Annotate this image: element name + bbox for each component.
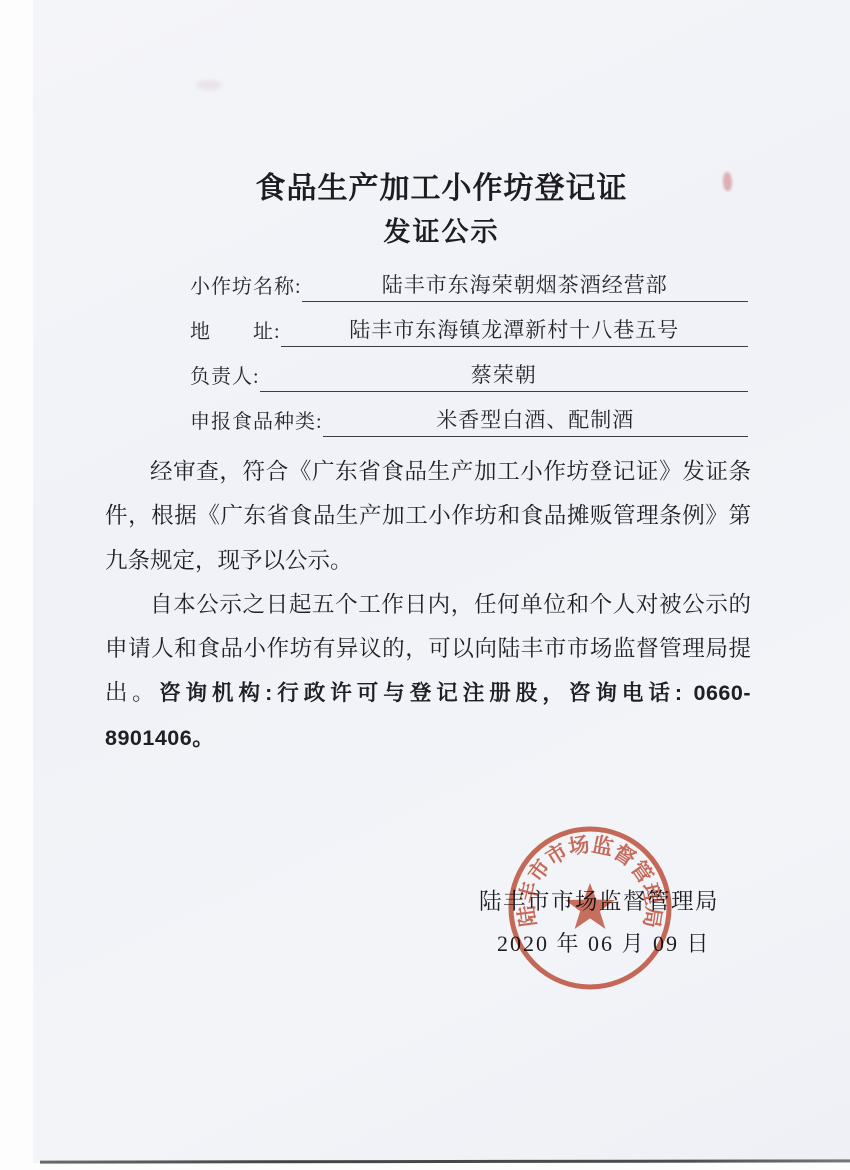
field-label-address: 地 址: <box>190 315 281 347</box>
document-subtitle: 发证公示 <box>33 210 850 249</box>
paragraph-objection: 自本公示之日起五个工作日内，任何单位和个人对被公示的申请人和食品小作坊有异议的，… <box>105 583 751 760</box>
field-row-address: 地 址: 陆丰市东海镇龙潭新村十八巷五号 <box>190 302 748 347</box>
field-value-food-category: 米香型白酒、配制酒 <box>323 404 748 437</box>
field-value-address: 陆丰市东海镇龙潭新村十八巷五号 <box>281 314 748 347</box>
field-label-food-category: 申报食品种类: <box>190 405 323 437</box>
field-row-workshop-name: 小作坊名称: 陆丰市东海荣朝烟茶酒经营部 <box>190 257 748 302</box>
field-value-person-in-charge: 蔡荣朝 <box>260 359 748 392</box>
field-row-food-category: 申报食品种类: 米香型白酒、配制酒 <box>190 392 748 437</box>
official-seal: 陆丰市市场监督管理局 <box>505 823 675 993</box>
scanned-document: 食品生产加工小作坊登记证 发证公示 小作坊名称: 陆丰市东海荣朝烟茶酒经营部 地… <box>0 0 850 1170</box>
paragraph-contact-bold: 咨询机构:行政许可与登记注册股，咨询电话: 0660-8901406。 <box>105 681 751 749</box>
field-value-workshop-name: 陆丰市东海荣朝烟茶酒经营部 <box>302 269 748 302</box>
body-text: 经审查，符合《广东省食品生产加工小作坊登记证》发证条件，根据《广东省食品生产加工… <box>105 450 751 760</box>
paragraph-review-text: 经审查，符合《广东省食品生产加工小作坊登记证》发证条件，根据《广东省食品生产加工… <box>105 459 751 573</box>
scan-artifact <box>196 80 222 90</box>
field-label-person-in-charge: 负责人: <box>190 360 260 392</box>
form-fields: 小作坊名称: 陆丰市东海荣朝烟茶酒经营部 地 址: 陆丰市东海镇龙潭新村十八巷五… <box>190 257 748 437</box>
paragraph-review: 经审查，符合《广东省食品生产加工小作坊登记证》发证条件，根据《广东省食品生产加工… <box>105 450 751 583</box>
field-row-person-in-charge: 负责人: 蔡荣朝 <box>190 347 748 392</box>
field-label-workshop-name: 小作坊名称: <box>190 270 302 302</box>
seal-star-icon <box>565 883 615 929</box>
document-title: 食品生产加工小作坊登记证 <box>33 163 850 207</box>
